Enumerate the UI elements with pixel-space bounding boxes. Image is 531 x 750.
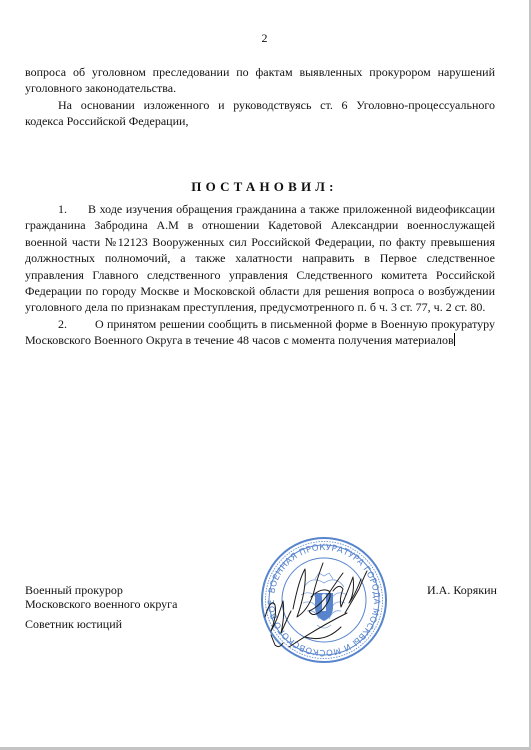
page-number: 2 [0,30,529,46]
item-text: В ходе изучения обращения гражданина а т… [25,202,495,314]
continued-paragraph[interactable]: вопроса об уголовном преследовании по фа… [25,64,495,97]
signatory-position: Военный прокурор Московского военного ок… [25,583,177,631]
intro-section: вопроса об уголовном преследовании по фа… [25,64,495,130]
document-page: 2 вопроса об уголовном преследовании по … [0,0,531,750]
decision-heading: ПОСТАНОВИЛ: [0,179,529,195]
decision-items: 1.В ходе изучения обращения гражданина а… [25,201,495,349]
legal-basis-paragraph[interactable]: На основании изложенного и руководствуяс… [25,97,495,130]
item-number: 2. [58,316,95,332]
signatory-name: И.А. Корякин [427,583,497,597]
position-line-1: Военный прокурор [25,583,177,597]
text-cursor [454,333,455,346]
item-number: 1. [58,201,88,217]
signatory-rank: Советник юстиций [25,617,177,631]
decision-item-1[interactable]: 1.В ходе изучения обращения гражданина а… [25,201,495,316]
item-text: О принятом решении сообщить в письменной… [25,317,495,347]
official-seal-stamp-icon: ВОЕННАЯ ПРОКУРАТУРА ГОРОДА МОСКВЫ И МОСК… [259,535,389,665]
position-line-2: Московского военного округа [25,597,177,611]
decision-item-2[interactable]: 2.О принятом решении сообщить в письменн… [25,316,495,349]
